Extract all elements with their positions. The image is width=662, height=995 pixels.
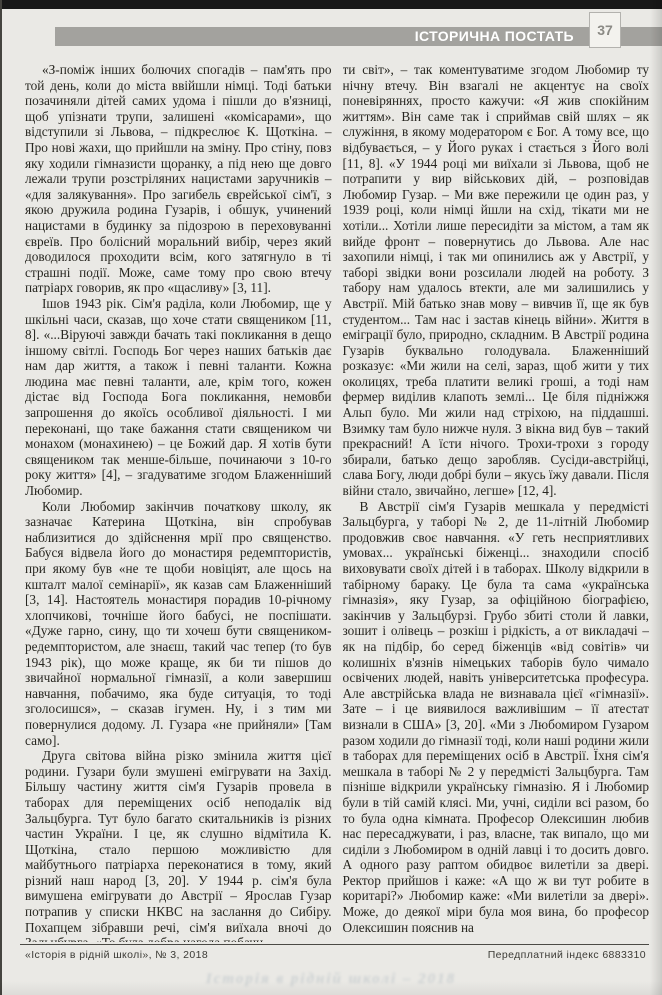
scan-top-edge <box>0 0 662 9</box>
paragraph: ти світ», – так коментуватиме згодом Люб… <box>343 62 650 499</box>
footer: «Історія в рідній школі», № 3, 2018 Пере… <box>25 949 646 961</box>
scan-bottom-shadow <box>0 981 662 995</box>
paragraph: «З-поміж інших болючих спогадів – пам'ят… <box>25 62 332 296</box>
scanned-journal-page: ІСТОРИЧНА ПОСТАТЬ 37 «З-поміж інших болю… <box>0 0 662 995</box>
scan-right-shadow <box>650 0 662 995</box>
scan-left-edge <box>0 0 2 995</box>
journal-issue-label: «Історія в рідній школі», № 3, 2018 <box>25 949 208 961</box>
footer-rule <box>20 944 649 945</box>
right-column: ти світ», – так коментуватиме згодом Люб… <box>343 62 650 942</box>
article-body: «З-поміж інших болючих спогадів – пам'ят… <box>25 62 649 942</box>
paragraph: Друга світова війна різко змінила життя … <box>25 748 332 942</box>
subscription-index-label: Передплатний індекс 6883310 <box>488 949 646 961</box>
left-column: «З-поміж інших болючих спогадів – пам'ят… <box>25 62 332 942</box>
paragraph: В Австрії сім'я Гузарів мешкала у передм… <box>343 499 650 936</box>
page-number-box: 37 <box>589 12 621 48</box>
section-header-bar: ІСТОРИЧНА ПОСТАТЬ <box>55 27 662 46</box>
paragraph: Ішов 1943 рік. Сім'я раділа, коли Любоми… <box>25 296 332 499</box>
paragraph: Коли Любомир закінчив початкову школу, я… <box>25 499 332 749</box>
page-number: 37 <box>597 22 613 38</box>
section-title: ІСТОРИЧНА ПОСТАТЬ <box>415 28 574 44</box>
